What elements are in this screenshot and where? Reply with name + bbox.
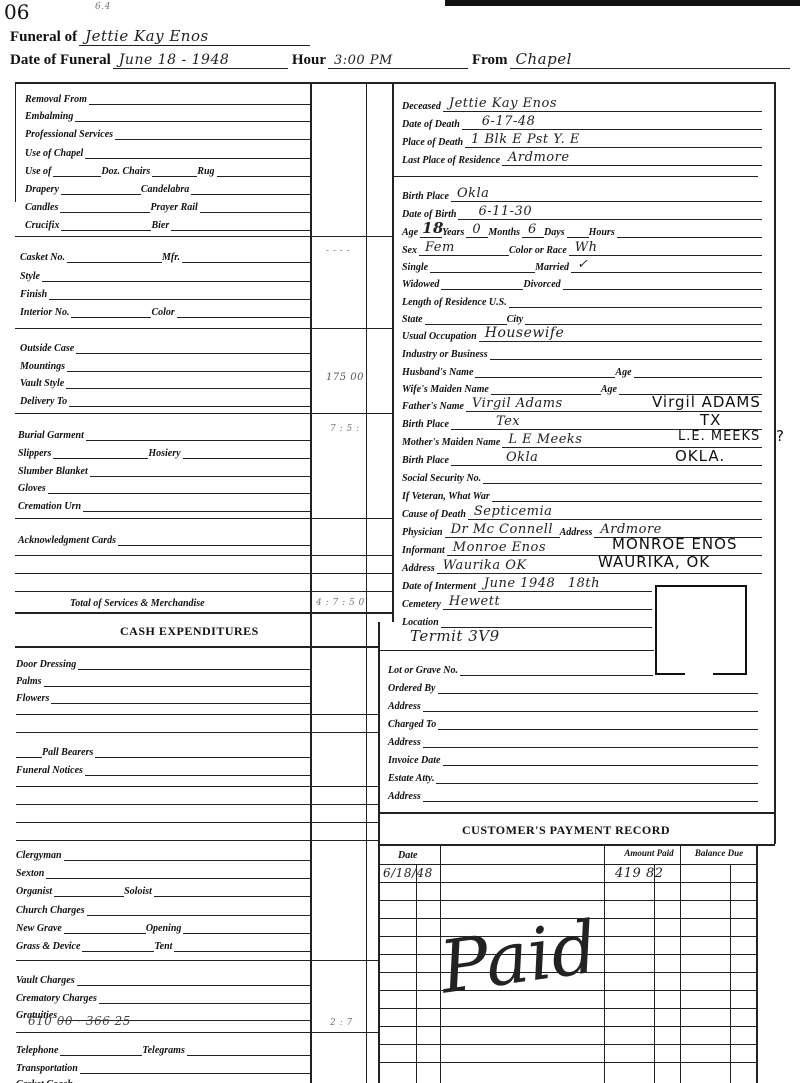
label: Funeral Notices — [16, 765, 83, 776]
funeral-of-label: Funeral of — [10, 29, 77, 46]
label: Drapery — [25, 184, 59, 195]
label: Professional Services — [25, 129, 113, 140]
label: Charged To — [388, 719, 436, 730]
label: Date of Interment — [402, 581, 476, 592]
professional-services-field[interactable] — [115, 126, 310, 140]
row-outside-case: Outside Case — [20, 336, 310, 354]
atty-address-field[interactable] — [423, 788, 758, 802]
acknowledgment-cards-field[interactable] — [118, 532, 310, 546]
row-place-of-death: Place of Death1 Blk E Pst Y. E — [402, 130, 762, 148]
slippers-field[interactable] — [53, 445, 148, 459]
cemetery-field[interactable]: Hewett — [443, 596, 652, 610]
informant-annotation: MONROE ENOS — [612, 535, 737, 553]
birth-place-field[interactable]: Okla — [451, 188, 762, 202]
deceased-value: Jettie Kay Enos — [449, 96, 557, 111]
crematory-charges-field[interactable] — [99, 990, 310, 1004]
label: Church Charges — [16, 905, 85, 916]
row-slumber-blanket: Slumber Blanket — [18, 459, 310, 477]
widowed-field[interactable] — [441, 276, 523, 290]
label: Finish — [20, 289, 47, 300]
row-sex: Sex Fem Color or Race Wh — [402, 238, 762, 256]
burial-garment-field[interactable] — [86, 427, 310, 441]
row-location: Location — [402, 610, 652, 628]
birth-place-value: Okla — [457, 186, 489, 201]
label: Candelabra — [141, 184, 189, 195]
label: Clergyman — [16, 850, 62, 861]
page-number: 06 — [4, 0, 29, 24]
soloist-field[interactable] — [154, 883, 310, 897]
row-organist: OrganistSoloist — [16, 879, 310, 897]
label: Age — [402, 227, 418, 238]
hour-value: 3:00 PM — [334, 53, 393, 68]
label: Usual Occupation — [402, 331, 477, 342]
informant-value: Monroe Enos — [453, 540, 546, 555]
label: Estate Atty. — [388, 773, 434, 784]
race-field[interactable]: Wh — [569, 242, 762, 256]
father-birth-annotation: TX — [700, 411, 721, 429]
label: Social Security No. — [402, 473, 481, 484]
row-age: Age 18 Years 0 Months 6 Days Hours — [402, 220, 762, 238]
label: Cause of Death — [402, 509, 466, 520]
divider — [15, 555, 392, 556]
color-field[interactable] — [177, 304, 310, 318]
sexton-field[interactable] — [46, 865, 310, 879]
cemetery-value: Hewett — [449, 594, 500, 609]
location-value: Termit 3V9 — [410, 627, 500, 645]
row-finish: Finish — [20, 282, 310, 300]
row-use-of-chapel: Use of Chapel — [25, 141, 310, 159]
doz-chairs-field[interactable] — [152, 163, 197, 177]
label: Address — [388, 701, 421, 712]
cash-expenditures-title: CASH EXPENDITURES — [120, 624, 259, 639]
label: Ordered By — [388, 683, 436, 694]
label: Acknowledgment Cards — [18, 535, 116, 546]
row-gloves: Gloves — [18, 476, 310, 494]
casket-no-field[interactable] — [67, 249, 162, 263]
payment-record-title: CUSTOMER'S PAYMENT RECORD — [462, 823, 670, 838]
label: Widowed — [402, 279, 439, 290]
label: Years — [442, 227, 464, 238]
divider — [16, 786, 378, 787]
date-of-death-field[interactable]: 6-17-48 — [462, 116, 762, 130]
from-label: From — [472, 52, 508, 69]
row-estate-atty: Estate Atty. — [388, 766, 758, 784]
new-grave-field[interactable] — [64, 920, 146, 934]
occupation-value: Housewife — [485, 325, 565, 341]
payment-col-date-sub — [416, 864, 417, 1083]
payment-header-date: Date — [398, 850, 417, 861]
row-crematory-charges: Crematory Charges — [16, 986, 310, 1004]
charged-address-field[interactable] — [423, 734, 758, 748]
estate-atty-field[interactable] — [436, 770, 758, 784]
date-of-birth-value: 6-11-30 — [478, 204, 532, 219]
row-ordered-by: Ordered By — [388, 676, 758, 694]
label: Use of — [25, 166, 51, 177]
age-value: 18 — [422, 219, 444, 237]
husband-age-field[interactable] — [634, 364, 762, 378]
left-right-divider — [392, 82, 394, 622]
opening-field[interactable] — [183, 920, 310, 934]
bier-field[interactable] — [171, 217, 310, 231]
location-field[interactable] — [441, 614, 652, 628]
row-burial-garment: Burial Garment — [18, 423, 310, 441]
payment-col-balance-cents — [730, 864, 731, 1083]
row-candles: CandlesPrayer Rail — [25, 195, 310, 213]
charged-to-field[interactable] — [438, 716, 758, 730]
row-vault-style: Vault Style — [20, 371, 310, 389]
row-line — [379, 1008, 756, 1009]
funeral-of-field[interactable]: Jettie Kay Enos — [79, 32, 310, 46]
row-charged-to: Charged To — [388, 712, 758, 730]
label: Days — [544, 227, 565, 238]
payment-date-value[interactable]: 6/18/48 — [383, 866, 433, 880]
pall-bearers-count[interactable] — [16, 744, 42, 758]
palms-field[interactable] — [44, 673, 310, 687]
candles-field[interactable] — [60, 199, 150, 213]
gratuities-amount: 2 : 7 — [330, 1018, 353, 1028]
telegrams-field[interactable] — [187, 1042, 310, 1056]
city-field[interactable] — [525, 311, 762, 325]
crucifix-field[interactable] — [61, 217, 151, 231]
sex-value: Fem — [425, 240, 455, 255]
total-services-amount: 4 : 7 : 5 0 — [316, 598, 365, 608]
label: Address — [560, 527, 593, 538]
label: Pall Bearers — [42, 747, 93, 758]
interment-day: 18th — [568, 576, 600, 591]
row-cemetery: CemeteryHewett — [402, 592, 652, 610]
payment-header-balance: Balance Due — [690, 849, 748, 858]
row-crucifix: CrucifixBier — [25, 213, 310, 231]
label: Vault Charges — [16, 975, 75, 986]
label: Telephone — [16, 1045, 58, 1056]
deceased-field[interactable]: Jettie Kay Enos — [443, 98, 762, 112]
row-line — [379, 1044, 756, 1045]
label: Months — [488, 227, 520, 238]
label: Informant — [402, 545, 445, 556]
hour-label: Hour — [292, 52, 326, 69]
divider — [379, 812, 775, 814]
slumber-blanket-field[interactable] — [90, 463, 310, 477]
row-lot-grave: Lot or Grave No. — [388, 658, 653, 676]
label: Mother's Maiden Name — [402, 437, 500, 448]
years-field[interactable]: 0 — [466, 224, 488, 238]
row-length-residence: Length of Residence U.S. — [402, 290, 762, 308]
label: If Veteran, What War — [402, 491, 490, 502]
door-dressing-field[interactable] — [78, 656, 310, 670]
occupation-field[interactable]: Housewife — [479, 328, 762, 342]
rug-field[interactable] — [217, 163, 310, 177]
mfr-field[interactable] — [182, 249, 310, 263]
from-field[interactable]: Chapel — [510, 55, 790, 69]
label: Embalming — [25, 111, 73, 122]
veteran-field[interactable] — [492, 488, 762, 502]
vault-style-field[interactable] — [66, 375, 310, 389]
tent-field[interactable] — [174, 938, 310, 952]
paid-stamp: Paid — [435, 904, 602, 1009]
row-single: Single Married ✓ — [402, 255, 762, 273]
total-services-label: Total of Services & Merchandise — [70, 598, 205, 609]
hosiery-field[interactable] — [183, 445, 310, 459]
date-of-death-value: 6-17-48 — [482, 114, 536, 129]
left-right-divider-lower — [378, 622, 380, 1083]
label: Father's Name — [402, 401, 464, 412]
row-delivery-to: Delivery To — [20, 389, 310, 407]
telephone-field[interactable] — [60, 1042, 142, 1056]
husband-field[interactable] — [475, 364, 615, 378]
label: Telegrams — [142, 1045, 184, 1056]
informant-address-value: Waurika OK — [443, 558, 527, 573]
embalming-field[interactable] — [75, 108, 310, 122]
row-palms: Palms — [16, 669, 310, 687]
frame-left — [15, 82, 16, 202]
scan-edge-bar — [445, 0, 800, 6]
label: Delivery To — [20, 396, 67, 407]
invoice-date-field[interactable] — [443, 752, 759, 766]
row-industry: Industry or Business — [402, 342, 762, 360]
days-field[interactable] — [567, 224, 589, 238]
physician-value: Dr Mc Connell — [451, 522, 554, 537]
church-charges-field[interactable] — [87, 902, 310, 916]
label: Organist — [16, 886, 52, 897]
informant-address-annotation: WAURIKA, OK — [598, 553, 710, 571]
cause-of-death-field[interactable]: Septicemia — [468, 506, 762, 520]
label: Address — [402, 563, 435, 574]
cremation-urn-field[interactable] — [83, 498, 310, 512]
payment-col-cents — [654, 864, 655, 1083]
mother-birth-annotation: OKLA. — [675, 447, 725, 465]
flowers-field[interactable] — [51, 690, 310, 704]
state-field[interactable] — [425, 311, 507, 325]
married-value: ✓ — [577, 257, 588, 272]
label: Place of Death — [402, 137, 463, 148]
row-line — [379, 864, 756, 865]
use-of-field[interactable] — [53, 163, 101, 177]
row-date-of-death: Date of Death6-17-48 — [402, 112, 762, 130]
race-value: Wh — [575, 240, 598, 255]
interment-field[interactable]: June 194818th — [478, 578, 652, 592]
pall-bearers-field[interactable] — [95, 744, 310, 758]
label: Bier — [151, 220, 169, 231]
payment-amount-value[interactable]: 419 82 — [615, 866, 664, 881]
label: Outside Case — [20, 343, 74, 354]
label: Divorced — [523, 279, 560, 290]
physician-field[interactable]: Dr Mc Connell — [445, 524, 560, 538]
label: Interior No. — [20, 307, 69, 318]
prayer-rail-field[interactable] — [200, 199, 310, 213]
row-removal-from: Removal From — [25, 87, 310, 105]
divider — [15, 328, 392, 329]
divider — [16, 714, 378, 715]
label: Opening — [146, 923, 182, 934]
divider — [15, 612, 392, 614]
father-birth-value: Tex — [496, 414, 520, 429]
casket-amount: - - - - — [326, 246, 350, 256]
row-casket-no: Casket No.Mfr. — [20, 245, 310, 263]
grass-device-field[interactable] — [82, 938, 154, 952]
single-field[interactable] — [430, 259, 535, 273]
row-use-of: Use ofDoz. ChairsRug — [25, 159, 310, 177]
label: Sexton — [16, 868, 44, 879]
place-of-death-value: 1 Blk E Pst Y. E — [471, 132, 580, 147]
ssn-field[interactable] — [483, 470, 762, 484]
label: Invoice Date — [388, 755, 441, 766]
label: Burial Garment — [18, 430, 84, 441]
label: Flowers — [16, 693, 49, 704]
divider — [15, 413, 392, 414]
row-interment: Date of IntermentJune 194818th — [402, 574, 652, 592]
ordered-by-field[interactable] — [438, 680, 759, 694]
row-clergyman: Clergyman — [16, 843, 310, 861]
sex-field[interactable]: Fem — [419, 242, 509, 256]
label: Grass & Device — [16, 941, 80, 952]
row-professional-services: Professional Services — [25, 122, 310, 140]
divider — [15, 236, 392, 237]
row-husband: Husband's Name Age — [402, 360, 762, 378]
row-door-dressing: Door Dressing — [16, 652, 310, 670]
candelabra-field[interactable] — [191, 181, 310, 195]
label: Soloist — [124, 886, 152, 897]
label: Deceased — [402, 101, 441, 112]
label: Style — [20, 271, 40, 282]
funeral-notices-field[interactable] — [85, 762, 310, 776]
delivery-to-field[interactable] — [69, 393, 310, 407]
organist-field[interactable] — [54, 883, 124, 897]
row-funeral-notices: Funeral Notices — [16, 758, 310, 776]
burial-garment-amount: 7 : 5 : — [330, 424, 360, 434]
row-state: State City — [402, 307, 762, 325]
gloves-field[interactable] — [48, 480, 310, 494]
label: Vault Style — [20, 378, 64, 389]
payment-header-amount: Amount Paid — [620, 849, 678, 858]
row-pall-bearers: Pall Bearers — [16, 740, 310, 758]
date-of-funeral-field[interactable]: June 18 - 1948 — [113, 55, 288, 69]
date-of-funeral-label: Date of Funeral — [10, 52, 111, 69]
use-of-chapel-field[interactable] — [85, 145, 310, 159]
margin-calculation-note: 610 00 · 366 25 — [28, 1014, 131, 1028]
row-deceased: DeceasedJettie Kay Enos — [402, 94, 762, 112]
casket-coach-field[interactable] — [75, 1076, 310, 1083]
row-address-charged: Address — [388, 730, 758, 748]
row-casket-coach: Casket Coach — [16, 1072, 310, 1083]
row-telephone: TelephoneTelegrams — [16, 1038, 310, 1056]
funeral-of-row: Funeral of Jettie Kay Enos — [10, 24, 310, 46]
grave-plot-box — [655, 585, 747, 675]
row-veteran: If Veteran, What War — [402, 484, 762, 502]
divider — [16, 840, 378, 841]
row-acknowledgment-cards: Acknowledgment Cards — [18, 528, 310, 546]
months-value: 6 — [528, 222, 537, 237]
mother-query-mark: ? — [776, 427, 785, 445]
date-of-funeral-row: Date of Funeral June 18 - 1948 Hour 3:00… — [10, 47, 790, 69]
label: Cemetery — [402, 599, 441, 610]
clergyman-field[interactable] — [64, 847, 310, 861]
row-line — [379, 900, 756, 901]
row-occupation: Usual OccupationHousewife — [402, 324, 762, 342]
divider — [15, 591, 392, 592]
months-field[interactable]: 6 — [522, 224, 544, 238]
row-line — [379, 1026, 756, 1027]
mountings-field[interactable] — [67, 358, 310, 372]
label: Birth Place — [402, 191, 449, 202]
wife-field[interactable] — [491, 381, 601, 395]
row-new-grave: New GraveOpening — [16, 916, 310, 934]
row-embalming: Embalming — [25, 104, 310, 122]
label: Gloves — [18, 483, 46, 494]
drapery-field[interactable] — [61, 181, 141, 195]
length-residence-field[interactable] — [509, 294, 762, 308]
label: Prayer Rail — [150, 202, 198, 213]
row-line — [379, 1062, 756, 1063]
married-field[interactable]: ✓ — [571, 259, 762, 273]
row-mountings: Mountings — [20, 354, 310, 372]
label: Casket Coach — [16, 1079, 73, 1083]
style-field[interactable] — [42, 268, 310, 282]
cause-of-death-value: Septicemia — [474, 504, 553, 519]
date-of-funeral-value: June 18 - 1948 — [119, 52, 229, 68]
divider — [16, 822, 378, 823]
from-value: Chapel — [516, 50, 572, 68]
label: Use of Chapel — [25, 148, 83, 159]
lot-grave-field[interactable] — [460, 662, 653, 676]
row-line — [379, 882, 756, 883]
last-residence-field[interactable]: Ardmore — [502, 152, 762, 166]
interior-no-field[interactable] — [71, 304, 151, 318]
payment-frame-right — [756, 844, 758, 1083]
row-invoice-date: Invoice Date — [388, 748, 758, 766]
ordered-address-field[interactable] — [423, 698, 758, 712]
date-of-birth-field[interactable]: 6-11-30 — [458, 206, 762, 220]
label: Hosiery — [148, 448, 180, 459]
divider — [379, 844, 775, 846]
vault-style-amount: 175 00 — [326, 372, 364, 383]
label: Address — [388, 737, 421, 748]
vault-charges-field[interactable] — [77, 972, 310, 986]
divider — [16, 960, 378, 961]
label: Rug — [197, 166, 214, 177]
place-of-death-field[interactable]: 1 Blk E Pst Y. E — [465, 134, 762, 148]
row-address-ordered: Address — [388, 694, 758, 712]
row-vault-charges: Vault Charges — [16, 968, 310, 986]
divider — [16, 1032, 378, 1033]
label: Color — [151, 307, 174, 318]
divider — [15, 646, 378, 648]
row-widowed: Widowed Divorced — [402, 272, 762, 290]
finish-field[interactable] — [49, 286, 310, 300]
label: Tent — [154, 941, 172, 952]
outside-case-field[interactable] — [76, 340, 310, 354]
hours-field[interactable] — [617, 224, 762, 238]
industry-field[interactable] — [490, 346, 762, 360]
row-cause-of-death: Cause of DeathSepticemia — [402, 502, 762, 520]
frame-top — [15, 82, 775, 84]
removal-from-field[interactable] — [89, 91, 310, 105]
age-field[interactable]: 18 — [420, 224, 442, 238]
amount-col-2 — [366, 82, 367, 1083]
divider — [15, 573, 392, 574]
label: Date of Death — [402, 119, 460, 130]
divorced-field[interactable] — [563, 276, 762, 290]
label: Birth Place — [402, 455, 449, 466]
label: New Grave — [16, 923, 62, 934]
label: Birth Place — [402, 419, 449, 430]
hour-field[interactable]: 3:00 PM — [328, 55, 468, 69]
divider — [16, 732, 378, 733]
mother-annotation: L.E. MEEKS — [678, 429, 760, 444]
row-ssn: Social Security No. — [402, 466, 762, 484]
row-drapery: DraperyCandelabra — [25, 177, 310, 195]
label: Cremation Urn — [18, 501, 81, 512]
row-flowers: Flowers — [16, 686, 310, 704]
